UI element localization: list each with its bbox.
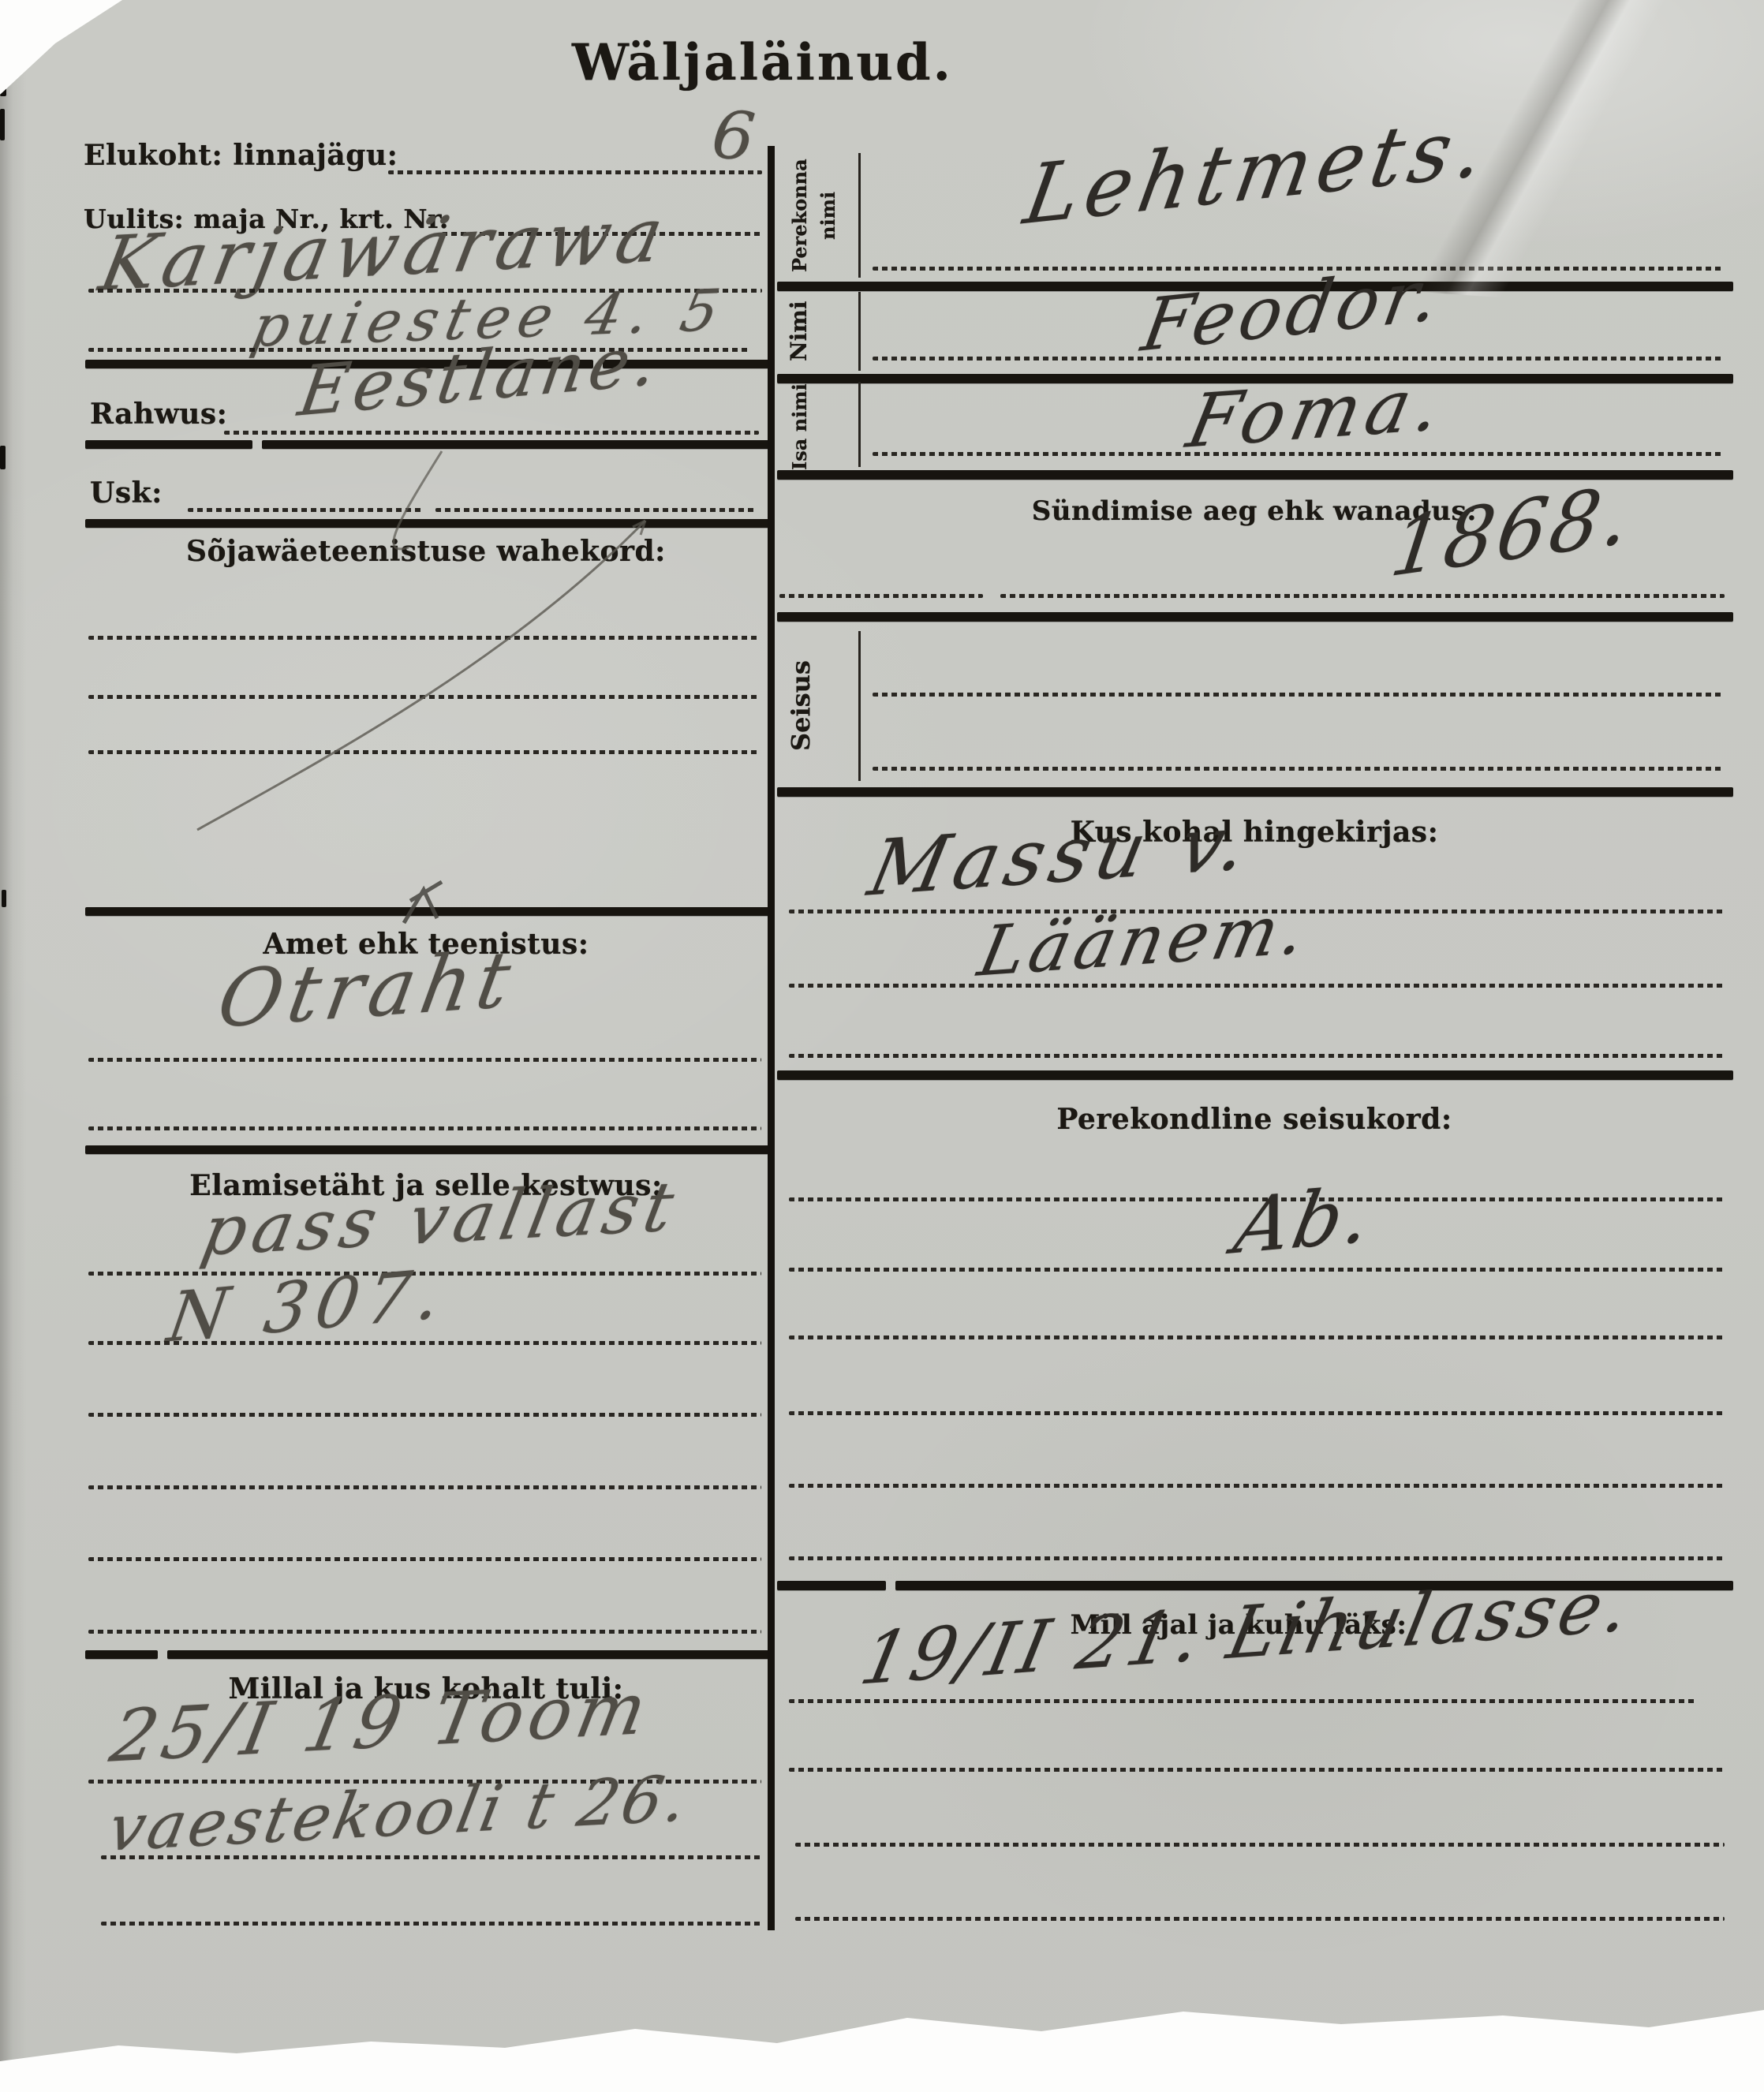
handwritten-family-name: Lehtmets. bbox=[1018, 99, 1497, 244]
column-divider bbox=[768, 146, 775, 1930]
dotted-line bbox=[789, 1411, 1725, 1415]
label-strip-divider bbox=[858, 292, 861, 371]
dotted-line bbox=[88, 1126, 761, 1130]
label-strip-divider bbox=[858, 631, 861, 781]
dotted-line bbox=[789, 1336, 1725, 1339]
dotted-line bbox=[873, 357, 1725, 360]
handwritten-millal-tuli-line2: vaestekooli t 26. bbox=[103, 1761, 696, 1866]
dotted-line bbox=[88, 1413, 761, 1417]
scan-artifact bbox=[0, 76, 6, 96]
dotted-line bbox=[795, 1843, 1725, 1847]
dotted-line bbox=[873, 767, 1725, 771]
field-label-perekondline: Perekondline seisukord: bbox=[781, 1103, 1728, 1136]
section-rule bbox=[777, 612, 1733, 622]
dotted-line bbox=[873, 452, 1725, 456]
dotted-line bbox=[789, 984, 1725, 988]
handwritten-hingekirjas-line1: Massu v. bbox=[861, 797, 1261, 913]
dotted-line bbox=[779, 594, 983, 598]
dotted-line bbox=[789, 1556, 1725, 1560]
section-rule bbox=[85, 907, 772, 916]
section-rule bbox=[85, 440, 252, 449]
scanned-form-page: Wäljaläinud. Elukoht: linnajägu: 6 Uulit… bbox=[0, 0, 1764, 2092]
dotted-line bbox=[789, 1768, 1725, 1772]
dotted-line bbox=[88, 1058, 761, 1062]
section-rule bbox=[85, 1145, 772, 1154]
field-label-rahwus: Rahwus: bbox=[90, 398, 227, 431]
field-label-perekonna-nimi: Perekonna nimi bbox=[786, 151, 852, 279]
dotted-line bbox=[88, 1557, 761, 1561]
dotted-line bbox=[873, 693, 1725, 697]
field-label-elukoht: Elukoht: linnajägu: bbox=[84, 139, 398, 172]
scan-artifact bbox=[0, 446, 6, 469]
section-rule bbox=[85, 519, 772, 528]
field-label-usk: Usk: bbox=[90, 476, 163, 510]
dotted-line bbox=[101, 1922, 761, 1926]
dotted-line bbox=[188, 508, 424, 512]
dotted-line bbox=[789, 1054, 1725, 1058]
dotted-line bbox=[795, 1917, 1725, 1921]
section-rule bbox=[262, 440, 772, 449]
scan-artifact bbox=[0, 109, 5, 140]
section-rule bbox=[777, 1581, 886, 1590]
dotted-line bbox=[88, 1630, 761, 1634]
dotted-line bbox=[388, 170, 762, 174]
handwritten-birth-year: 1868. bbox=[1385, 467, 1638, 596]
paper-sheet: Wäljaläinud. Elukoht: linnajägu: 6 Uulit… bbox=[0, 0, 1764, 2092]
dotted-line bbox=[88, 695, 759, 699]
dotted-line bbox=[1000, 594, 1725, 598]
label-strip-divider bbox=[858, 153, 861, 278]
section-rule bbox=[777, 1070, 1733, 1080]
dotted-line bbox=[88, 1341, 761, 1345]
scan-artifact bbox=[2, 890, 6, 907]
dotted-line bbox=[88, 750, 759, 754]
field-label-nimi: Nimi bbox=[786, 293, 852, 369]
section-rule bbox=[85, 1650, 158, 1659]
dotted-line bbox=[101, 1855, 761, 1859]
dotted-line bbox=[88, 1485, 761, 1489]
handwritten-hingekirjas-line2: Läänem. bbox=[972, 889, 1317, 992]
field-label-seisus: Seisus bbox=[786, 631, 852, 781]
dotted-line bbox=[435, 508, 756, 512]
section-rule bbox=[777, 787, 1733, 797]
handwritten-elukoht-value: 6 bbox=[708, 95, 758, 177]
dotted-line bbox=[789, 1484, 1725, 1488]
field-label-sojawaeteenistus: Sõjawäeteenistuse wahekord: bbox=[87, 535, 765, 568]
section-rule bbox=[167, 1650, 772, 1659]
field-label-isa-nimi: Isa nimi bbox=[786, 383, 852, 470]
dotted-line bbox=[789, 1268, 1725, 1272]
dotted-line bbox=[88, 636, 759, 640]
handwritten-perekondline-value: Ab. bbox=[1228, 1170, 1381, 1272]
form-title: Wäljaläinud. bbox=[572, 33, 953, 92]
label-strip-divider bbox=[858, 382, 861, 467]
dotted-line bbox=[789, 1699, 1696, 1703]
handwritten-father-name: Foma. bbox=[1180, 360, 1455, 465]
